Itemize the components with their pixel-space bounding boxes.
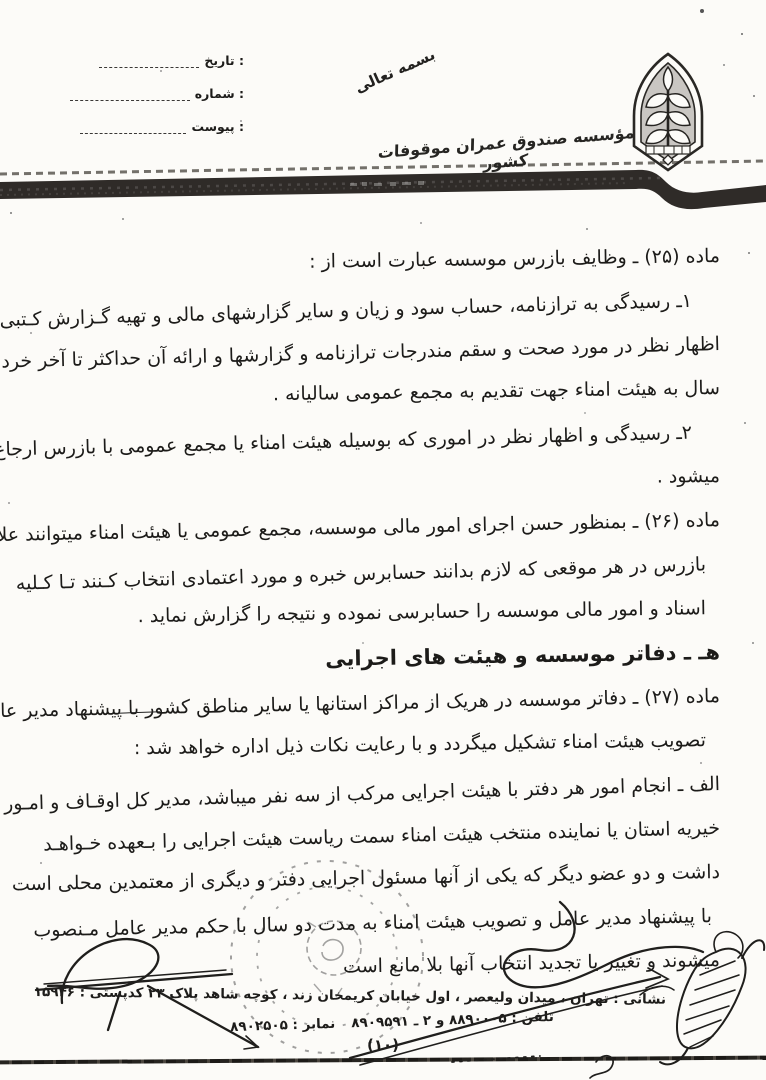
footer-fax: نمابر : ۸۹۰۲۵۰۵ — [230, 1016, 336, 1035]
page-number: (۱۰) — [0, 1036, 766, 1054]
body-line: میشود . — [58, 456, 720, 506]
date-fill-line — [99, 55, 199, 68]
bismillah-calligraphy: بسمه تعالی — [352, 45, 438, 96]
date-field: تاریخ : — [48, 52, 244, 68]
attachment-label: پیوست : — [191, 119, 244, 134]
attachment-fill-line — [80, 121, 186, 134]
number-label: شماره : — [195, 86, 244, 101]
body-line: تصویب هیئت امناء تشکیل میگردد و با رعایت… — [58, 720, 721, 773]
paper-speckles — [0, 0, 2, 2]
scanned-document-page: { "doc": { "bismillah": "بسمه تعالی", "o… — [0, 0, 766, 1080]
org-emblem-icon — [612, 50, 724, 186]
date-label: تاریخ : — [204, 53, 244, 68]
body-line: ماده (۲۵) ـ وظایف بازرس موسسه عبارت است … — [58, 236, 721, 289]
number-field: شماره : — [48, 85, 244, 101]
letterhead-fields: تاریخ : شماره : پیوست : — [48, 52, 244, 151]
body-line: سال به هیئت امناء جهت تقدیم به مجمع عموم… — [58, 368, 721, 421]
number-fill-line — [70, 88, 190, 101]
document-body: ماده (۲۵) ـ وظایف بازرس موسسه عبارت است … — [58, 236, 720, 984]
attachment-field: پیوست : — [48, 118, 244, 134]
